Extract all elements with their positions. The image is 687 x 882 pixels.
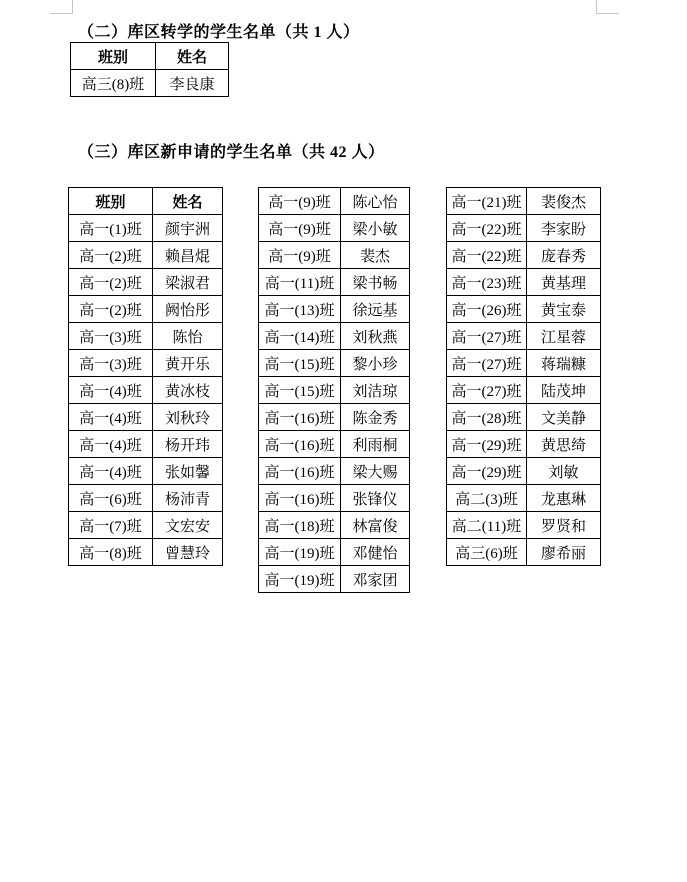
table-row: 高一(28)班文美静 bbox=[447, 404, 601, 431]
class-cell: 高一(11)班 bbox=[259, 269, 341, 296]
class-cell: 高一(13)班 bbox=[259, 296, 341, 323]
name-cell: 黄冰枝 bbox=[153, 377, 223, 404]
class-cell: 高一(26)班 bbox=[447, 296, 527, 323]
table-row: 高一(9)班梁小敏 bbox=[259, 215, 410, 242]
name-cell: 黎小珍 bbox=[341, 350, 410, 377]
name-cell: 文宏安 bbox=[153, 512, 223, 539]
name-cell: 江星蓉 bbox=[527, 323, 601, 350]
name-cell: 邓家团 bbox=[341, 566, 410, 593]
table-row: 高一(4)班张如馨 bbox=[69, 458, 223, 485]
class-cell: 高一(18)班 bbox=[259, 512, 341, 539]
header-row: 班别姓名 bbox=[69, 188, 223, 215]
class-cell: 高一(9)班 bbox=[259, 215, 341, 242]
text-boundary-mark-top-left bbox=[50, 0, 73, 14]
name-cell: 刘敏 bbox=[527, 458, 601, 485]
table-row: 高一(15)班黎小珍 bbox=[259, 350, 410, 377]
name-cell: 李良康 bbox=[156, 70, 229, 97]
table-row: 高一(16)班张锋仪 bbox=[259, 485, 410, 512]
name-cell: 陈金秀 bbox=[341, 404, 410, 431]
name-cell: 徐远基 bbox=[341, 296, 410, 323]
class-cell: 高一(4)班 bbox=[69, 431, 153, 458]
name-cell: 蒋瑞糠 bbox=[527, 350, 601, 377]
class-cell: 高一(29)班 bbox=[447, 458, 527, 485]
class-cell: 高一(27)班 bbox=[447, 350, 527, 377]
table-row: 高一(16)班利雨桐 bbox=[259, 431, 410, 458]
header-row: 班别姓名 bbox=[71, 43, 229, 70]
table-row: 高三(8)班李良康 bbox=[71, 70, 229, 97]
table-row: 高一(6)班杨沛青 bbox=[69, 485, 223, 512]
text-boundary-mark-top-right bbox=[596, 0, 619, 14]
table-row: 高一(16)班梁大赐 bbox=[259, 458, 410, 485]
table-row: 高一(13)班徐远基 bbox=[259, 296, 410, 323]
class-cell: 高一(4)班 bbox=[69, 377, 153, 404]
column-header: 班别 bbox=[71, 43, 156, 70]
table-row: 高一(23)班黄基理 bbox=[447, 269, 601, 296]
table-row: 高一(27)班江星蓉 bbox=[447, 323, 601, 350]
name-cell: 廖希丽 bbox=[527, 539, 601, 566]
name-cell: 曾慧玲 bbox=[153, 539, 223, 566]
new-applicants-table-left: 班别姓名高一(1)班颜宇洲高一(2)班赖昌焜高一(2)班梁淑君高一(2)班阙怡彤… bbox=[68, 187, 223, 566]
name-cell: 梁大赐 bbox=[341, 458, 410, 485]
table-row: 高一(7)班文宏安 bbox=[69, 512, 223, 539]
class-cell: 高一(8)班 bbox=[69, 539, 153, 566]
class-cell: 高一(14)班 bbox=[259, 323, 341, 350]
transfer-students-table: 班别姓名高三(8)班李良康 bbox=[70, 42, 229, 97]
table-row: 高一(3)班陈怡 bbox=[69, 323, 223, 350]
class-cell: 高一(16)班 bbox=[259, 485, 341, 512]
name-cell: 黄基理 bbox=[527, 269, 601, 296]
name-cell: 刘洁琼 bbox=[341, 377, 410, 404]
name-cell: 梁书畅 bbox=[341, 269, 410, 296]
document-page: { "page": { "heading1": "（二）库区转学的学生名单（共 … bbox=[0, 0, 687, 882]
column-header: 姓名 bbox=[156, 43, 229, 70]
class-cell: 高一(22)班 bbox=[447, 242, 527, 269]
name-cell: 刘秋燕 bbox=[341, 323, 410, 350]
section-heading-transfer-students: （二）库区转学的学生名单（共 1 人） bbox=[78, 19, 360, 42]
name-cell: 张锋仪 bbox=[341, 485, 410, 512]
table-row: 高一(15)班刘洁琼 bbox=[259, 377, 410, 404]
class-cell: 高一(4)班 bbox=[69, 458, 153, 485]
class-cell: 高一(2)班 bbox=[69, 296, 153, 323]
class-cell: 高一(9)班 bbox=[259, 242, 341, 269]
table-row: 高一(27)班蒋瑞糠 bbox=[447, 350, 601, 377]
table-row: 高一(16)班陈金秀 bbox=[259, 404, 410, 431]
name-cell: 邓健怡 bbox=[341, 539, 410, 566]
table-row: 高一(21)班裴俊杰 bbox=[447, 188, 601, 215]
class-cell: 高一(2)班 bbox=[69, 269, 153, 296]
name-cell: 庞春秀 bbox=[527, 242, 601, 269]
table-row: 高一(19)班邓健怡 bbox=[259, 539, 410, 566]
class-cell: 高一(3)班 bbox=[69, 323, 153, 350]
table-row: 高一(2)班赖昌焜 bbox=[69, 242, 223, 269]
table-row: 高一(2)班梁淑君 bbox=[69, 269, 223, 296]
table-row: 高一(22)班李家盼 bbox=[447, 215, 601, 242]
section-heading-new-applicants: （三）库区新申请的学生名单（共 42 人） bbox=[78, 139, 385, 162]
class-cell: 高一(27)班 bbox=[447, 377, 527, 404]
name-cell: 杨开玮 bbox=[153, 431, 223, 458]
class-cell: 高一(7)班 bbox=[69, 512, 153, 539]
class-cell: 高一(16)班 bbox=[259, 431, 341, 458]
class-cell: 高三(6)班 bbox=[447, 539, 527, 566]
class-cell: 高一(19)班 bbox=[259, 539, 341, 566]
name-cell: 黄宝泰 bbox=[527, 296, 601, 323]
class-cell: 高一(28)班 bbox=[447, 404, 527, 431]
name-cell: 阙怡彤 bbox=[153, 296, 223, 323]
table-row: 高一(9)班陈心怡 bbox=[259, 188, 410, 215]
table-row: 高一(4)班黄冰枝 bbox=[69, 377, 223, 404]
table-row: 高一(4)班刘秋玲 bbox=[69, 404, 223, 431]
class-cell: 高一(4)班 bbox=[69, 404, 153, 431]
class-cell: 高一(15)班 bbox=[259, 350, 341, 377]
new-applicants-table-right: 高一(21)班裴俊杰高一(22)班李家盼高一(22)班庞春秀高一(23)班黄基理… bbox=[446, 187, 601, 566]
class-cell: 高一(9)班 bbox=[259, 188, 341, 215]
name-cell: 陈怡 bbox=[153, 323, 223, 350]
name-cell: 梁小敏 bbox=[341, 215, 410, 242]
class-cell: 高一(21)班 bbox=[447, 188, 527, 215]
class-cell: 高一(27)班 bbox=[447, 323, 527, 350]
class-cell: 高一(1)班 bbox=[69, 215, 153, 242]
name-cell: 裴杰 bbox=[341, 242, 410, 269]
table-row: 高一(1)班颜宇洲 bbox=[69, 215, 223, 242]
table-row: 高一(11)班梁书畅 bbox=[259, 269, 410, 296]
class-cell: 高一(16)班 bbox=[259, 458, 341, 485]
class-cell: 高一(29)班 bbox=[447, 431, 527, 458]
name-cell: 裴俊杰 bbox=[527, 188, 601, 215]
table-row: 高一(29)班刘敏 bbox=[447, 458, 601, 485]
name-cell: 黄开乐 bbox=[153, 350, 223, 377]
class-cell: 高一(6)班 bbox=[69, 485, 153, 512]
table-row: 高二(11)班罗贤和 bbox=[447, 512, 601, 539]
class-cell: 高一(2)班 bbox=[69, 242, 153, 269]
name-cell: 利雨桐 bbox=[341, 431, 410, 458]
name-cell: 罗贤和 bbox=[527, 512, 601, 539]
name-cell: 陈心怡 bbox=[341, 188, 410, 215]
new-applicants-table-middle: 高一(9)班陈心怡高一(9)班梁小敏高一(9)班裴杰高一(11)班梁书畅高一(1… bbox=[258, 187, 410, 593]
table-row: 高一(4)班杨开玮 bbox=[69, 431, 223, 458]
table-row: 高一(2)班阙怡彤 bbox=[69, 296, 223, 323]
table-row: 高一(26)班黄宝泰 bbox=[447, 296, 601, 323]
table-row: 高一(3)班黄开乐 bbox=[69, 350, 223, 377]
name-cell: 李家盼 bbox=[527, 215, 601, 242]
class-cell: 高一(19)班 bbox=[259, 566, 341, 593]
name-cell: 张如馨 bbox=[153, 458, 223, 485]
name-cell: 颜宇洲 bbox=[153, 215, 223, 242]
name-cell: 龙惠琳 bbox=[527, 485, 601, 512]
name-cell: 林富俊 bbox=[341, 512, 410, 539]
class-cell: 高二(11)班 bbox=[447, 512, 527, 539]
name-cell: 杨沛青 bbox=[153, 485, 223, 512]
table-row: 高一(9)班裴杰 bbox=[259, 242, 410, 269]
class-cell: 高一(15)班 bbox=[259, 377, 341, 404]
name-cell: 文美静 bbox=[527, 404, 601, 431]
name-cell: 赖昌焜 bbox=[153, 242, 223, 269]
table-row: 高一(19)班邓家团 bbox=[259, 566, 410, 593]
table-row: 高一(22)班庞春秀 bbox=[447, 242, 601, 269]
class-cell: 高二(3)班 bbox=[447, 485, 527, 512]
table-row: 高三(6)班廖希丽 bbox=[447, 539, 601, 566]
name-cell: 黄思绮 bbox=[527, 431, 601, 458]
name-cell: 刘秋玲 bbox=[153, 404, 223, 431]
class-cell: 高一(16)班 bbox=[259, 404, 341, 431]
table-row: 高一(18)班林富俊 bbox=[259, 512, 410, 539]
class-cell: 高三(8)班 bbox=[71, 70, 156, 97]
table-row: 高一(29)班黄思绮 bbox=[447, 431, 601, 458]
table-row: 高二(3)班龙惠琳 bbox=[447, 485, 601, 512]
table-row: 高一(8)班曾慧玲 bbox=[69, 539, 223, 566]
class-cell: 高一(22)班 bbox=[447, 215, 527, 242]
class-cell: 高一(23)班 bbox=[447, 269, 527, 296]
table-row: 高一(14)班刘秋燕 bbox=[259, 323, 410, 350]
name-cell: 陆茂坤 bbox=[527, 377, 601, 404]
class-cell: 高一(3)班 bbox=[69, 350, 153, 377]
column-header: 姓名 bbox=[153, 188, 223, 215]
name-cell: 梁淑君 bbox=[153, 269, 223, 296]
table-row: 高一(27)班陆茂坤 bbox=[447, 377, 601, 404]
column-header: 班别 bbox=[69, 188, 153, 215]
